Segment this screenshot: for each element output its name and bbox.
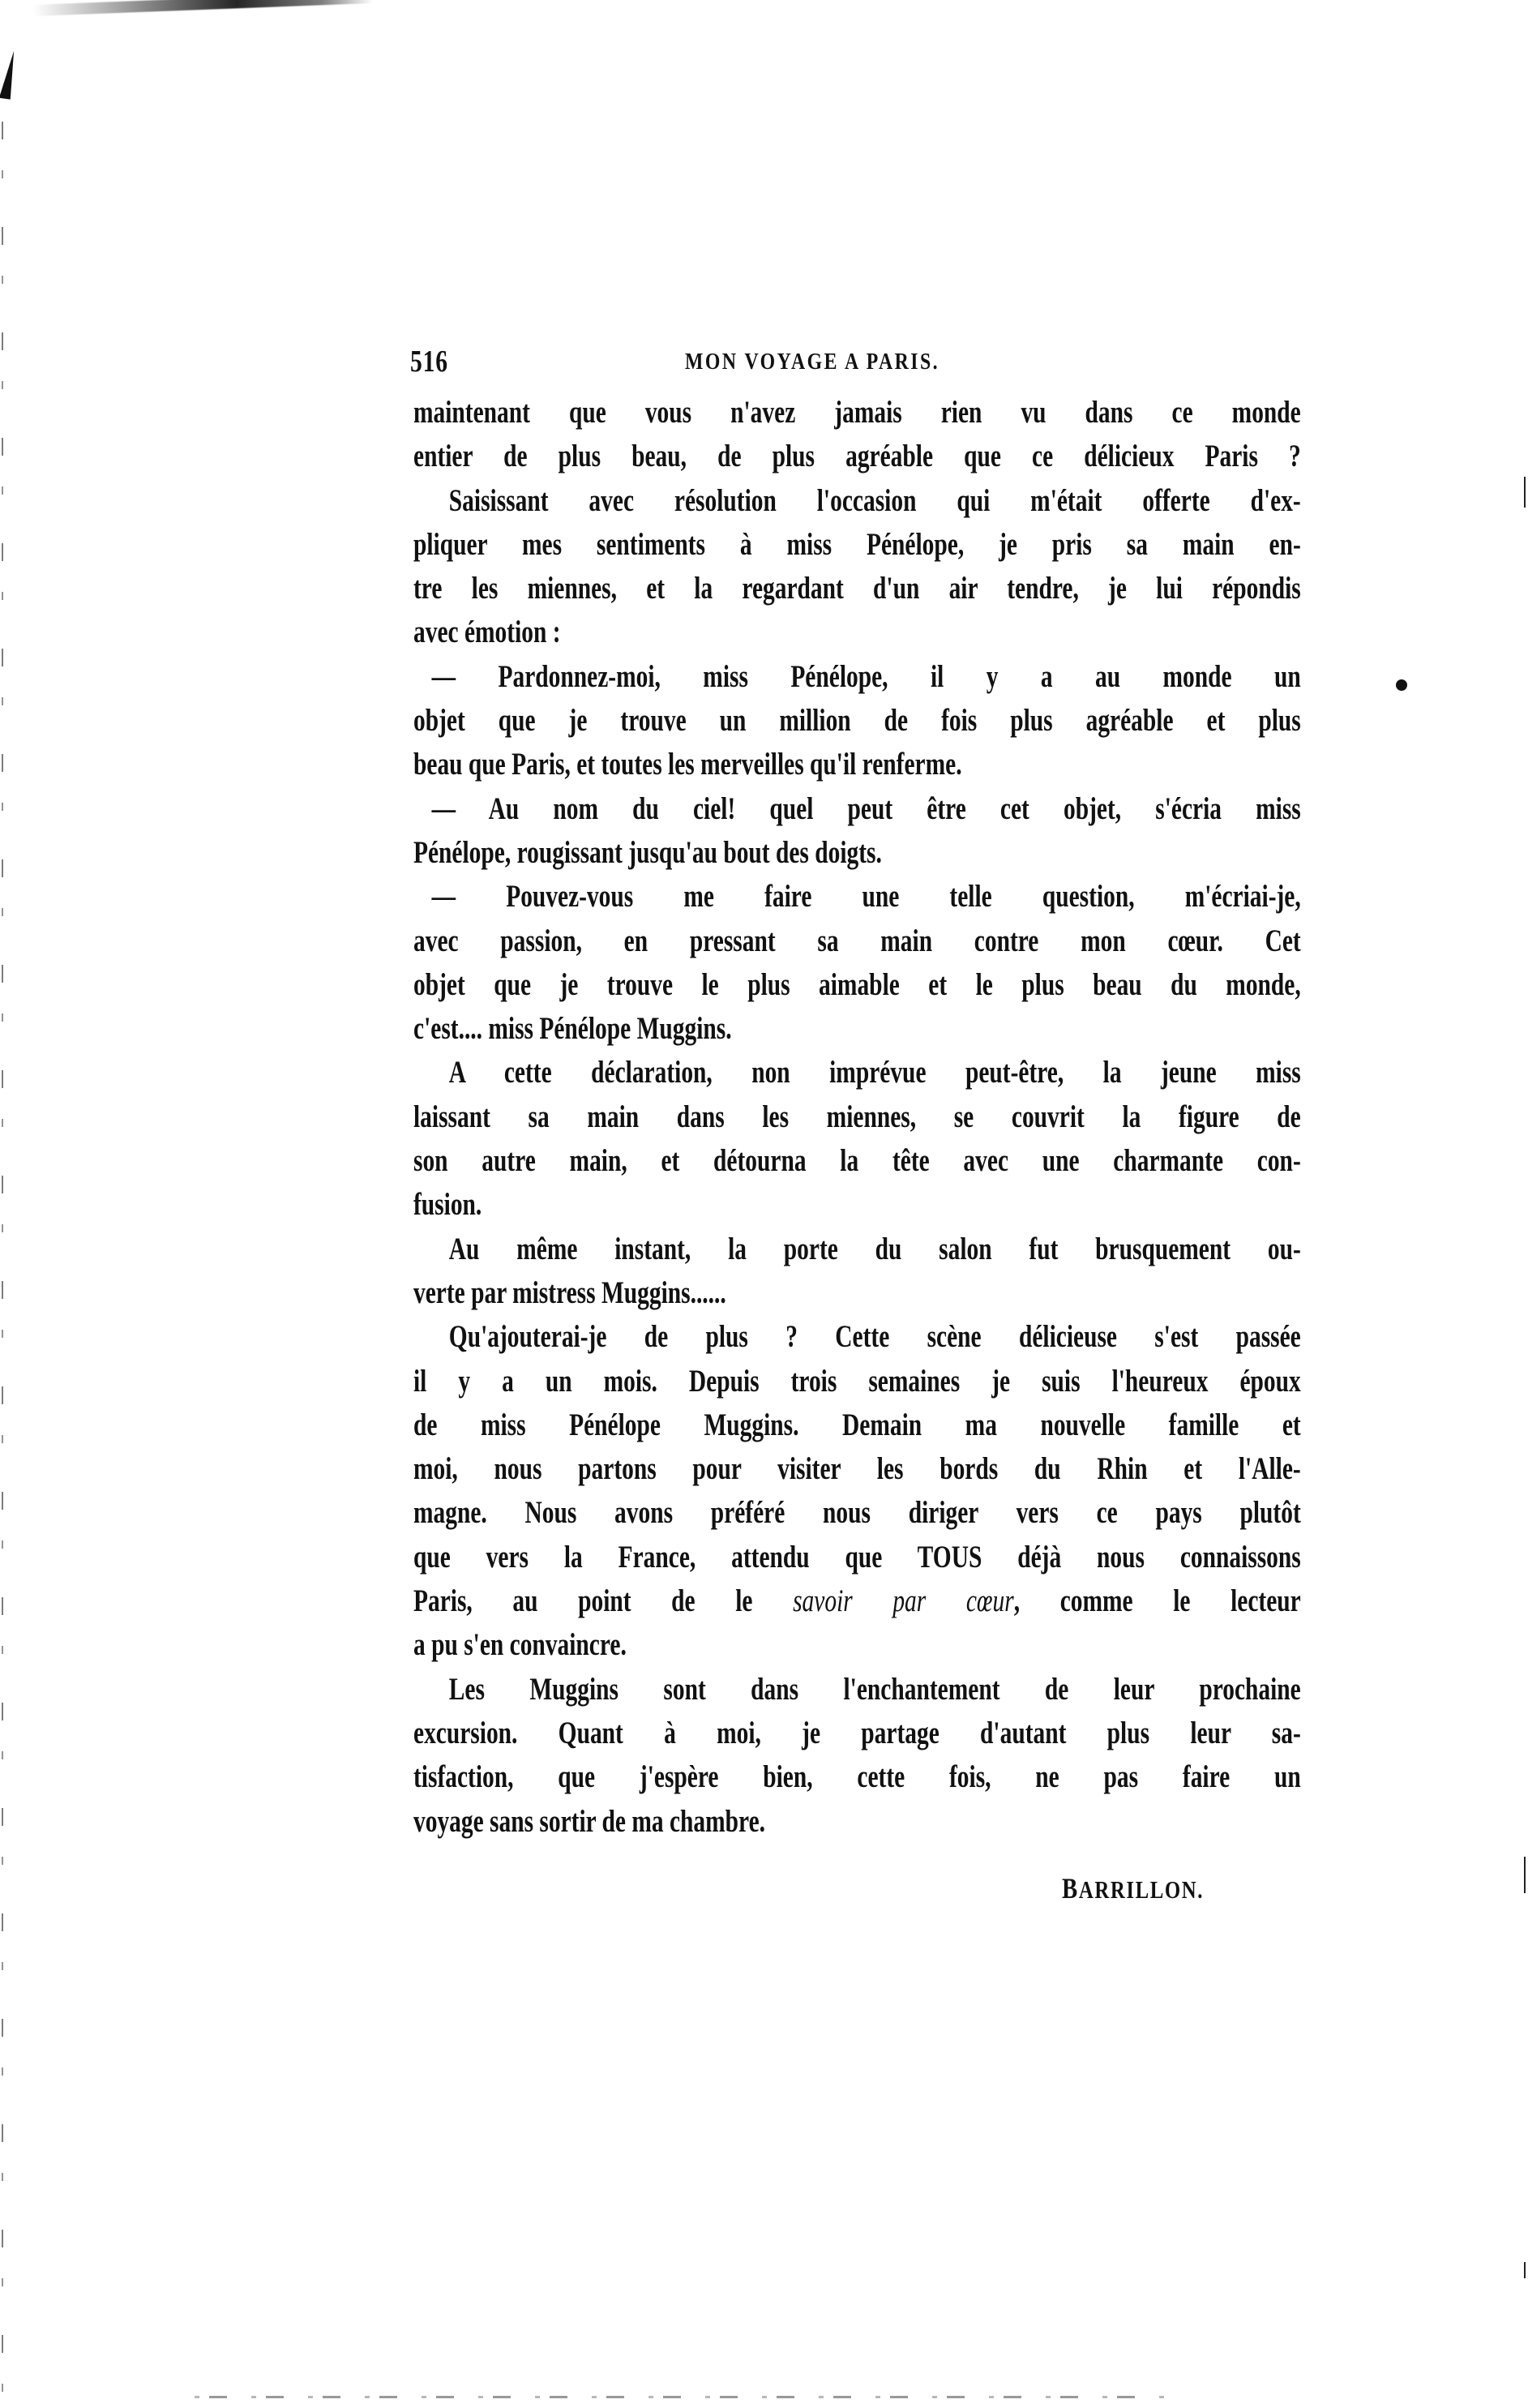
running-header: 516 MON VOYAGE A PARIS. [413,339,1301,378]
scan-edge-right-mark [1524,2262,1526,2278]
body-text: maintenant que vous n'avez jamais rien v… [413,391,1301,1844]
text-line: Pénélope, rougissant jusqu'au bout des d… [413,831,1084,875]
text-line: avec passion, en pressant sa main contre… [413,919,1301,963]
text-line: moi, nous partons pour visiter les bords… [413,1447,1301,1491]
text-line: — Pouvez-vous me faire une telle questio… [413,875,1301,919]
scan-edge-top [32,0,373,16]
text-line: il y a un mois. Depuis trois semaines je… [413,1360,1301,1403]
text-segment: Paris, au point de le [413,1583,793,1618]
text-line: que vers la France, attendu que TOUS déj… [413,1536,1301,1579]
text-segment: , comme le lecteur [1014,1583,1301,1618]
text-line: beau que Paris, et toutes les merveilles… [413,743,1084,786]
scan-edge-right-mark [1524,477,1526,508]
text-line: tisfaction, que j'espère bien, cette foi… [413,1755,1301,1799]
scan-edge-left [2,122,3,2392]
scan-edge-bottom [195,2396,1167,2398]
text-line: voyage sans sortir de ma chambre. [413,1800,1084,1844]
text-line: verte par mistress Muggins...... [413,1271,1084,1315]
page-number: 516 [410,344,448,379]
italic-phrase: savoir par cœur [793,1583,1014,1618]
text-line: Saisissant avec résolution l'occasion qu… [413,479,1301,523]
running-title: MON VOYAGE A PARIS. [685,349,939,375]
scan-corner-mark [0,49,17,99]
text-line: Au même instant, la porte du salon fut b… [413,1228,1301,1271]
text-line: — Pardonnez-moi, miss Pénélope, il y a a… [413,655,1301,699]
text-line: pliquer mes sentiments à miss Pénélope, … [413,523,1301,567]
text-line: maintenant que vous n'avez jamais rien v… [413,391,1301,435]
text-line: fusion. [413,1183,1084,1227]
signature-rest: ARRILLON. [1079,1875,1204,1904]
text-line: laissant sa main dans les miennes, se co… [413,1095,1301,1139]
book-page: 516 MON VOYAGE A PARIS. maintenant que v… [413,339,1301,1844]
text-line: Les Muggins sont dans l'enchantement de … [413,1668,1301,1712]
scan-edge-right-mark [1524,1857,1526,1893]
text-line: de miss Pénélope Muggins. Demain ma nouv… [413,1403,1301,1447]
text-line: Paris, au point de le savoir par cœur, c… [413,1579,1301,1623]
text-line: entier de plus beau, de plus agréable qu… [413,435,1301,478]
text-line: — Au nom du ciel! quel peut être cet obj… [413,787,1301,831]
text-line: son autre main, et détourna la tête avec… [413,1139,1301,1183]
text-line: objet que je trouve le plus aimable et l… [413,963,1301,1007]
text-line: A cette déclaration, non imprévue peut-ê… [413,1051,1301,1095]
signature-initial: B [1062,1872,1079,1905]
text-line: c'est.... miss Pénélope Muggins. [413,1007,1084,1051]
text-line: a pu s'en convaincre. [413,1623,1084,1667]
text-line: objet que je trouve un million de fois p… [413,699,1301,743]
ink-spot [1396,679,1407,691]
text-line: tre les miennes, et la regardant d'un ai… [413,567,1301,611]
text-line: excursion. Quant à moi, je partage d'aut… [413,1712,1301,1755]
text-line: magne. Nous avons préféré nous diriger v… [413,1491,1301,1535]
author-signature: BARRILLON. [1062,1871,1204,1905]
text-line: avec émotion : [413,611,1084,654]
text-line: Qu'ajouterai-je de plus ? Cette scène dé… [413,1315,1301,1359]
